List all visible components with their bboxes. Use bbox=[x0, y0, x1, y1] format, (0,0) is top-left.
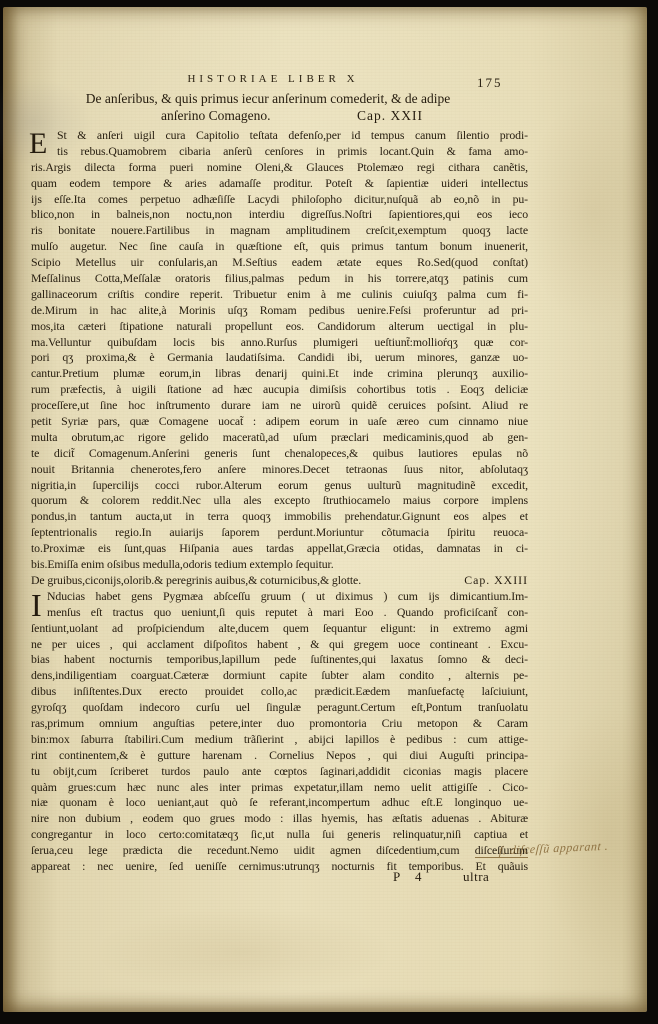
body-line: nigritia,in ſupercilijs cocci rubor.Alte… bbox=[31, 478, 528, 494]
body-line: bin:mox ſaburra ſtabiliri.Cum medium trã… bbox=[31, 732, 528, 748]
paper-stain bbox=[93, 907, 393, 997]
body-line: quam eodem tempore & aries adamaſſe prod… bbox=[31, 176, 528, 192]
body-line: dibus inſiſtentes.Dux erecto prouidet co… bbox=[31, 684, 528, 700]
body-line: quàm grues:cum hæc nunc ales inter prima… bbox=[31, 780, 528, 796]
body-line: menſus eſt tractus quo ueniunt,ſi quis r… bbox=[31, 605, 528, 621]
page-number: 175 bbox=[477, 75, 503, 91]
body-line: bis.Emiſſa enim oſsibus medulla,odoris t… bbox=[31, 557, 528, 573]
text-block: St & anſeri uigil cura Capitolio teſtata… bbox=[31, 128, 528, 875]
body-line: mos,ita cæteri ſtipatione naturali prope… bbox=[31, 319, 528, 335]
body-line: de.Mirum in hac alite,à Morinis uſqʒ Rom… bbox=[31, 303, 528, 319]
body-line: rint continentem,& è gutture harenam . C… bbox=[31, 748, 528, 764]
body-line: pori qʒ proxima,& è Germania laudatiſsim… bbox=[31, 350, 528, 366]
body-line: niæ quonam è loco ueniant,aut quò ſe ref… bbox=[31, 795, 528, 811]
body-line: ris bonitate nouere.Fartilibus in magnam… bbox=[31, 223, 528, 239]
body-line: Meſſalinus Cotta,Meſſalæ oratoris filius… bbox=[31, 271, 528, 287]
paper-stain bbox=[523, 97, 658, 327]
body-line: ijs eſſe.Ita comes perpetuo adhæſiſſe La… bbox=[31, 192, 528, 208]
body-line: bias habent nocturnis temporibus,lapillu… bbox=[31, 652, 528, 668]
body-line: ma.Velluntur quibuſdam locis bis anno.Ru… bbox=[31, 335, 528, 351]
body-line: gyroſqʒ quoſdam indecoro curſu uel ſingu… bbox=[31, 700, 528, 716]
paper-sheet: HISTORIAE LIBER X 175 De anſeribus, & qu… bbox=[3, 7, 647, 1012]
body-line: dens,indiligentiam coarguat.Cæteræ dormi… bbox=[31, 668, 528, 684]
signature-mark: P 4 bbox=[393, 869, 428, 885]
chapter-23-label: Cap. XXIII bbox=[464, 573, 528, 589]
catchword: ultra bbox=[463, 869, 489, 885]
body-line: petit Syriæ pars, quæ Comagene uocat̃ : … bbox=[31, 414, 528, 430]
running-title: HISTORIAE LIBER X bbox=[163, 73, 383, 85]
body-line: nouit Britannia chenerotes,fero anſere m… bbox=[31, 462, 528, 478]
chapter-23-heading: De gruibus,ciconijs,olorib.& peregrinis … bbox=[31, 573, 528, 589]
body-line: ne per uices , qui acclament diſpoſitos … bbox=[31, 637, 528, 653]
body-line: ſeptentrionalis regio.In auiarijs ſapore… bbox=[31, 525, 528, 541]
body-line: nire non dubium , eodem quo grues modo :… bbox=[31, 811, 528, 827]
footer-row: P 4 ultra bbox=[31, 869, 528, 885]
chapter-22-title-line1: De anſeribus, & quis primus iecur anſeri… bbox=[53, 91, 483, 107]
body-line: proceſſere,ut ſine hoc inſtrumento durar… bbox=[31, 398, 528, 414]
body-line: quorum & colorem reddit.Nec ulla ales ex… bbox=[31, 493, 528, 509]
body-line: tis rebus.Quamobrem cibaria anſerũ cenſo… bbox=[31, 144, 528, 160]
body-line: ſentiunt,uolant ad proſpiciendum alte,du… bbox=[31, 621, 528, 637]
body-line: te dicit̃ Comagenum.Anſerini generis ſun… bbox=[31, 446, 528, 462]
body-line: congregantur in loco certo:comitatæqʒ ſi… bbox=[31, 827, 528, 843]
drop-cap-i: I bbox=[31, 590, 42, 621]
body-line: ſerua,ceu lege prædicta die recedunt.Nem… bbox=[31, 843, 528, 859]
chapter-23-title-text: De gruibus,ciconijs,olorib.& peregrinis … bbox=[31, 573, 361, 589]
body-line: mulſo augetur. Nec ſine cauſa in quæſtio… bbox=[31, 239, 528, 255]
chapter-22-label: Cap. XXII bbox=[357, 108, 423, 124]
body-line: cantur.Pretium plumæ eorum,in libras den… bbox=[31, 366, 528, 382]
chapter-22-title-text: anſerino Comageno. bbox=[161, 108, 270, 124]
body-line: Scipio Metellus uir conſularis,an M.Seſt… bbox=[31, 255, 528, 271]
body-line: ras,primum omnium anguſtias petere,inter… bbox=[31, 716, 528, 732]
body-line: gallinaceorum criſtis condire reperit. T… bbox=[31, 287, 528, 303]
body-line: to.Proximæ eis ſunt,quas Hiſpania aues t… bbox=[31, 541, 528, 557]
body-line: St & anſeri uigil cura Capitolio teſtata… bbox=[31, 128, 528, 144]
body-line: pondus,in tantum aucta,ut in terra quoqʒ… bbox=[31, 509, 528, 525]
body-line: rum præfectis, à uigili ſtatione ad hæc … bbox=[31, 382, 528, 398]
body-line: ris.Argis dilecta forma pueri nomine Ole… bbox=[31, 160, 528, 176]
body-line: multa obrutum,ac rigore gelido maceratũ,… bbox=[31, 430, 528, 446]
scanned-book-page: HISTORIAE LIBER X 175 De anſeribus, & qu… bbox=[0, 0, 658, 1024]
body-line: tu obijt,cum ſcriberet turdos paulo ante… bbox=[31, 764, 528, 780]
body-line: blico,non in balneis,non noctu,non inter… bbox=[31, 207, 528, 223]
drop-cap-e: E bbox=[29, 129, 47, 159]
body-line: Nducias habet gens Pygmæa abſceſſu gruum… bbox=[31, 589, 528, 605]
